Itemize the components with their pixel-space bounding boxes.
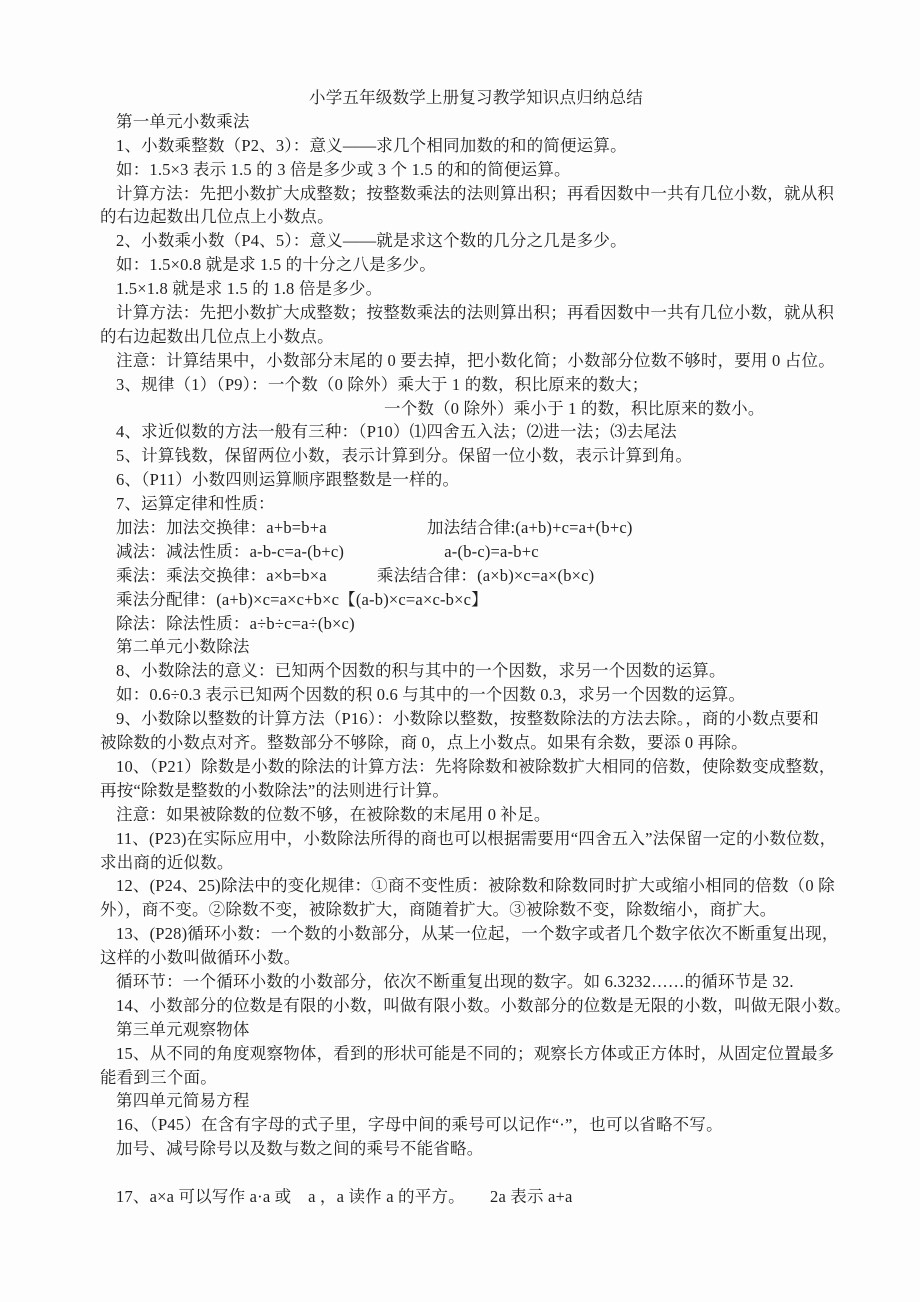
document-line: 被除数的小数点对齐。整数部分不够除，商 0，点上小数点。如果有余数，要添 0 再… — [100, 731, 840, 755]
document-line: 减法：减法性质：a-b-c=a-(b+c) a-(b-c)=a-b+c — [100, 540, 840, 564]
document-line: 9、小数除以整数的计算方法（P16）：小数除以整数，按整数除法的方法去除。，商的… — [100, 707, 840, 731]
document-line: 7、运算定律和性质： — [100, 492, 840, 516]
document-line: 再按“除数是整数的小数除法”的法则进行计算。 — [100, 779, 840, 803]
document-line: 加法：加法交换律：a+b=b+a 加法结合律:(a+b)+c=a+(b+c) — [100, 516, 840, 540]
document-line: 16、（P45）在含有字母的式子里，字母中间的乘号可以记作“·”，也可以省略不写… — [100, 1113, 840, 1137]
document-line: 的右边起数出几位点上小数点。 — [100, 325, 840, 349]
document-line: 计算方法：先把小数扩大成整数；按整数乘法的法则算出积；再看因数中一共有几位小数，… — [100, 301, 840, 325]
document-line: 注意：如果被除数的位数不够，在被除数的末尾用 0 补足。 — [100, 803, 840, 827]
document-line: 第一单元小数乘法 — [100, 110, 840, 134]
document-line: 第二单元小数除法 — [100, 635, 840, 659]
document-line: 14、小数部分的位数是有限的小数，叫做有限小数。小数部分的位数是无限的小数，叫做… — [100, 994, 840, 1018]
document-line: 乘法分配律：(a+b)×c=a×c+b×c【(a-b)×c=a×c-b×c】 — [100, 588, 840, 612]
document-line: 计算方法：先把小数扩大成整数；按整数乘法的法则算出积；再看因数中一共有几位小数，… — [100, 182, 840, 206]
document-body: 小学五年级数学上册复习教学知识点归纳总结 第一单元小数乘法1、小数乘整数（P2、… — [100, 86, 840, 1209]
document-page: 小学五年级数学上册复习教学知识点归纳总结 第一单元小数乘法1、小数乘整数（P2、… — [0, 0, 920, 1302]
document-line: 2、小数乘小数（P4、5）：意义——就是求这个数的几分之几是多少。 — [100, 229, 840, 253]
document-line: 13、(P28)循环小数：一个数的小数部分，从某一位起，一个数字或者几个数字依次… — [100, 922, 840, 946]
document-line: 3、规律（1）（P9）：一个数（0 除外）乘大于 1 的数，积比原来的数大； — [100, 373, 840, 397]
document-line: 1、小数乘整数（P2、3）：意义——求几个相同加数的和的简便运算。 — [100, 134, 840, 158]
document-line: 17、a×a 可以写作 a·a 或 a ，a 读作 a 的平方。 2a 表示 a… — [100, 1185, 840, 1209]
document-line: 11、(P23)在实际应用中，小数除法所得的商也可以根据需要用“四舍五入”法保留… — [100, 827, 840, 851]
document-line — [100, 1161, 840, 1185]
document-line: 如：1.5×3 表示 1.5 的 3 倍是多少或 3 个 1.5 的和的简便运算… — [100, 158, 840, 182]
document-line: 4、求近似数的方法一般有三种：（P10）⑴四舍五入法；⑵进一法；⑶去尾法 — [100, 420, 840, 444]
document-line: 求出商的近似数。 — [100, 851, 840, 875]
document-line: 一个数（0 除外）乘小于 1 的数，积比原来的数小。 — [100, 397, 840, 421]
document-line: 循环节：一个循环小数的小数部分，依次不断重复出现的数字。如 6.3232……的循… — [100, 970, 840, 994]
document-line: 如：1.5×0.8 就是求 1.5 的十分之八是多少。 — [100, 253, 840, 277]
document-line: 1.5×1.8 就是求 1.5 的 1.8 倍是多少。 — [100, 277, 840, 301]
document-line: 10、（P21）除数是小数的除法的计算方法：先将除数和被除数扩大相同的倍数，使除… — [100, 755, 840, 779]
document-line: 如：0.6÷0.3 表示已知两个因数的积 0.6 与其中的一个因数 0.3，求另… — [100, 683, 840, 707]
document-line: 外），商不变。②除数不变，被除数扩大，商随着扩大。③被除数不变，除数缩小，商扩大… — [100, 898, 840, 922]
document-line: 12、(P24、25)除法中的变化规律：①商不变性质：被除数和除数同时扩大或缩小… — [100, 874, 840, 898]
document-line: 乘法：乘法交换律：a×b=b×a 乘法结合律：(a×b)×c=a×(b×c) — [100, 564, 840, 588]
document-line: 5、计算钱数，保留两位小数，表示计算到分。保留一位小数，表示计算到角。 — [100, 444, 840, 468]
document-line: 能看到三个面。 — [100, 1066, 840, 1090]
document-lines: 第一单元小数乘法1、小数乘整数（P2、3）：意义——求几个相同加数的和的简便运算… — [100, 110, 840, 1209]
document-line: 6、（P11）小数四则运算顺序跟整数是一样的。 — [100, 468, 840, 492]
page-title: 小学五年级数学上册复习教学知识点归纳总结 — [100, 86, 838, 110]
document-line: 第四单元简易方程 — [100, 1089, 840, 1113]
document-line: 这样的小数叫做循环小数。 — [100, 946, 840, 970]
document-line: 加号、减号除号以及数与数之间的乘号不能省略。 — [100, 1137, 840, 1161]
document-line: 8、小数除法的意义：已知两个因数的积与其中的一个因数，求另一个因数的运算。 — [100, 659, 840, 683]
document-line: 第三单元观察物体 — [100, 1018, 840, 1042]
document-line: 除法：除法性质：a÷b÷c=a÷(b×c) — [100, 612, 840, 636]
document-line: 15、从不同的角度观察物体，看到的形状可能是不同的；观察长方体或正方体时，从固定… — [100, 1042, 840, 1066]
document-line: 注意：计算结果中，小数部分末尾的 0 要去掉，把小数化简；小数部分位数不够时，要… — [100, 349, 840, 373]
document-line: 的右边起数出几位点上小数点。 — [100, 205, 840, 229]
